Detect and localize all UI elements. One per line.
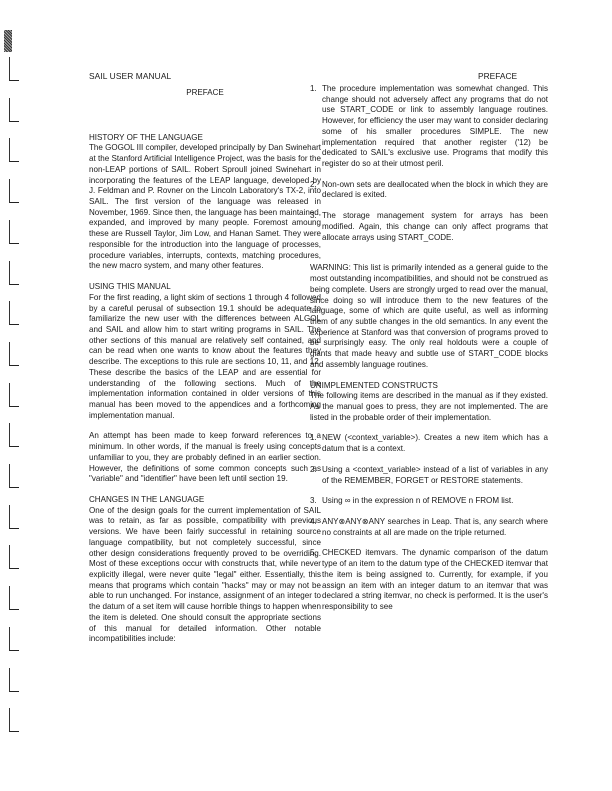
- incompatibilities-list: 1.The procedure implementation was somew…: [310, 84, 548, 243]
- item-text: NEW (<context_variable>). Creates a new …: [322, 433, 548, 453]
- item-text: Using ∞ in the expression n of REMOVE n …: [322, 496, 513, 505]
- paragraph: For the first reading, a light skim of s…: [89, 293, 321, 422]
- margin-bracket: [9, 505, 19, 529]
- margin-bracket: [9, 708, 19, 732]
- section-heading: UNIMPLEMENTED CONSTRUCTS: [310, 381, 548, 392]
- margin-bracket: [9, 220, 19, 244]
- item-number: 3.: [310, 496, 317, 507]
- margin-bracket: [9, 464, 19, 488]
- margin-bracket: [9, 301, 19, 325]
- section-heading: HISTORY OF THE LANGUAGE: [89, 133, 321, 144]
- margin-bracket: [9, 138, 19, 162]
- item-text: Non-own sets are deallocated when the bl…: [322, 180, 548, 200]
- list-item: 2.Non-own sets are deallocated when the …: [310, 180, 548, 201]
- item-number: 2.: [310, 180, 317, 191]
- margin-bracket: [9, 179, 19, 203]
- list-item: 2.Using a <context_variable> instead of …: [310, 465, 548, 486]
- list-item: 3.Using ∞ in the expression n of REMOVE …: [310, 496, 548, 507]
- paragraph: The following items are described in the…: [310, 391, 548, 423]
- item-number: 2.: [310, 465, 317, 476]
- margin-bracket: [9, 545, 19, 569]
- margin-bracket: [9, 627, 19, 651]
- margin-bracket: [9, 261, 19, 285]
- section-changes: CHANGES IN THE LANGUAGE One of the desig…: [89, 495, 321, 645]
- paragraph: One of the design goals for the current …: [89, 506, 321, 645]
- item-text: Using a <context_variable> instead of a …: [322, 465, 548, 485]
- list-item: 5.CHECKED itemvars. The dynamic comparis…: [310, 548, 548, 612]
- margin-bracket: [9, 668, 19, 692]
- section-heading: CHANGES IN THE LANGUAGE: [89, 495, 321, 506]
- margin-bracket: [9, 423, 19, 447]
- paragraph: The GOGOL III compiler, developed princi…: [89, 143, 321, 272]
- section-heading: USING THIS MANUAL: [89, 282, 321, 293]
- margin-bracket: [9, 57, 19, 81]
- list-item: 3.The storage management system for arra…: [310, 211, 548, 243]
- item-text: CHECKED itemvars. The dynamic comparison…: [322, 548, 548, 611]
- right-column: 1.The procedure implementation was somew…: [310, 84, 548, 623]
- left-column: PREFACE HISTORY OF THE LANGUAGE The GOGO…: [89, 84, 321, 645]
- item-number: 4.: [310, 517, 317, 528]
- section-history: HISTORY OF THE LANGUAGE The GOGOL III co…: [89, 133, 321, 272]
- item-number: 5.: [310, 548, 317, 559]
- margin-bracket: [9, 383, 19, 407]
- unimplemented-list: 1.NEW (<context_variable>). Creates a ne…: [310, 433, 548, 612]
- list-item: 1.The procedure implementation was somew…: [310, 84, 548, 170]
- item-number: 3.: [310, 211, 317, 222]
- item-number: 1.: [310, 433, 317, 444]
- margin-bracket: [9, 586, 19, 610]
- item-text: ANY⊗ANY⊗ANY searches in Leap. That is, a…: [322, 517, 548, 537]
- running-header-section: PREFACE: [478, 71, 517, 81]
- section-unimplemented: UNIMPLEMENTED CONSTRUCTS The following i…: [310, 381, 548, 613]
- item-text: The storage management system for arrays…: [322, 211, 548, 241]
- preface-title: PREFACE: [89, 84, 321, 99]
- warning-paragraph: WARNING: This list is primarily intended…: [310, 263, 548, 370]
- scan-artifact: [4, 30, 12, 52]
- paragraph: An attempt has been made to keep forward…: [89, 431, 321, 485]
- item-number: 1.: [310, 84, 317, 95]
- item-text: The procedure implementation was somewha…: [322, 84, 548, 168]
- margin-bracket: [9, 342, 19, 366]
- running-header-title: SAIL USER MANUAL: [89, 71, 171, 81]
- margin-bracket: [9, 98, 19, 122]
- section-using-manual: USING THIS MANUAL For the first reading,…: [89, 282, 321, 485]
- list-item: 1.NEW (<context_variable>). Creates a ne…: [310, 433, 548, 454]
- list-item: 4.ANY⊗ANY⊗ANY searches in Leap. That is,…: [310, 517, 548, 538]
